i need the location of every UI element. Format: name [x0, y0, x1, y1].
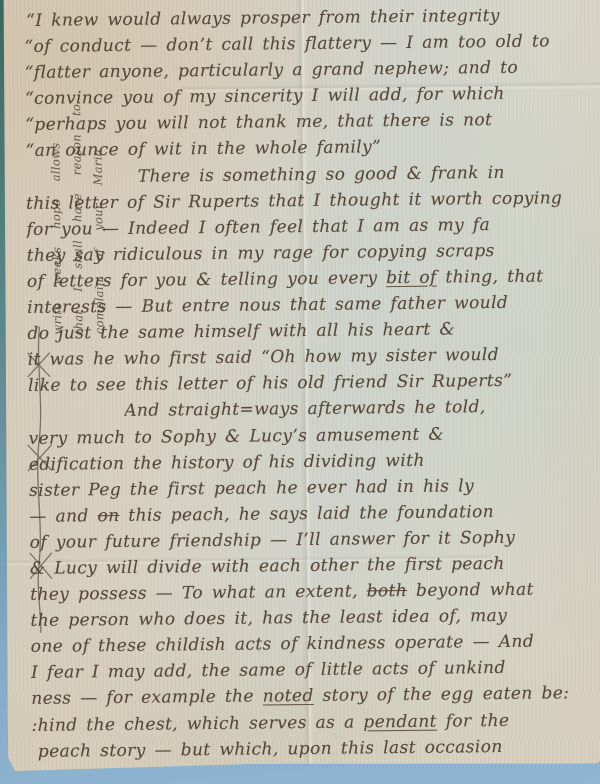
struck-word: on — [97, 506, 119, 526]
line-text: story of the egg eaten be: — [314, 684, 570, 707]
line-text: they possess — To what an extent, — [30, 581, 367, 605]
underlined-word: noted — [263, 686, 314, 707]
line-text: for the — [437, 710, 510, 731]
letter-page: “I knew would always prosper from their … — [0, 0, 600, 771]
line-text: this peach, he says laid the foundation — [119, 502, 494, 526]
line-text: beyond what — [407, 580, 534, 601]
photo-of-letter: { "scene": { "description": "Photograph … — [0, 0, 600, 784]
line-text: thing, that — [437, 266, 544, 287]
line-text: :hind the chest, which serves as a — [31, 712, 363, 735]
line-text: — and — [29, 506, 97, 527]
line-text: of letters for you & telling you every — [27, 268, 386, 292]
underlined-word: pendant — [363, 711, 437, 732]
underlined-phrase: bit of — [386, 268, 437, 289]
struck-word: both — [367, 581, 408, 601]
line-text: ness — for example the — [31, 687, 263, 709]
letter-line: peach story — but which, upon this last … — [38, 732, 600, 764]
letter-body: “I knew would always prosper from their … — [0, 0, 600, 771]
